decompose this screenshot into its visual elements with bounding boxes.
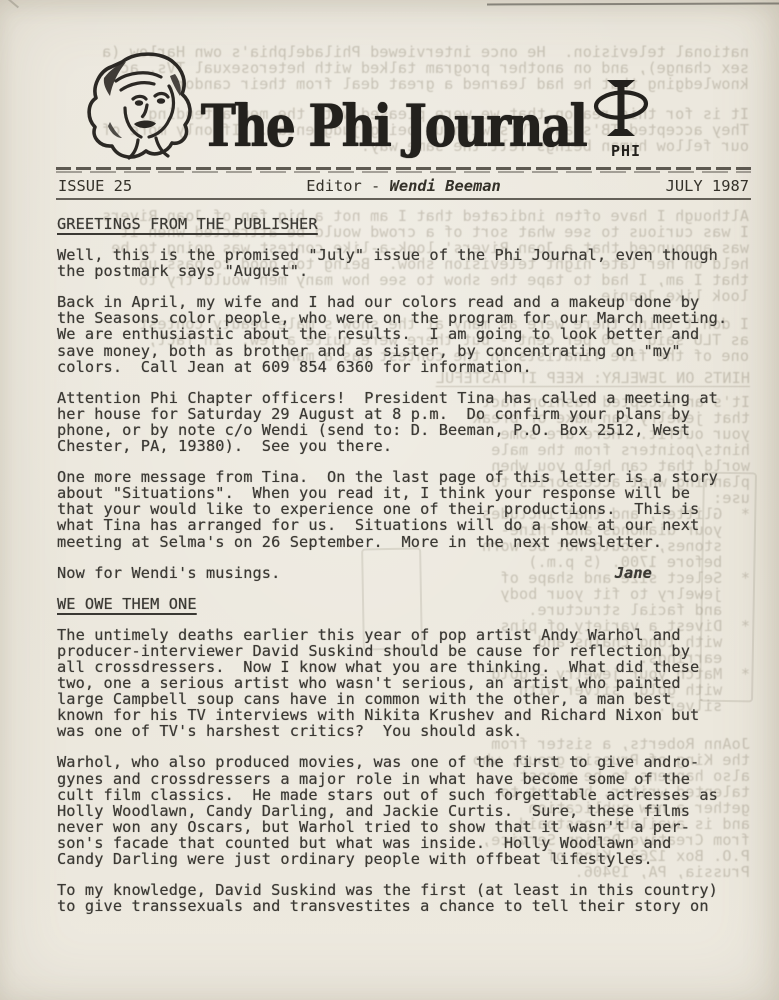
newsletter-page: national television. He once interviewed… <box>0 0 779 1000</box>
phi-label: PHI <box>611 142 641 160</box>
issue-number: ISSUE 25 <box>58 177 261 195</box>
dashed-rule <box>56 167 751 170</box>
paragraph: To my knowledge, David Suskind was the f… <box>57 882 750 914</box>
section-heading-greetings: GREETINGS FROM THE PUBLISHER <box>57 216 750 232</box>
paragraph: One more message from Tina. On the last … <box>57 469 750 549</box>
newsletter-body: GREETINGS FROM THE PUBLISHER Well, this … <box>57 216 750 929</box>
paragraph: The untimely deaths earlier this year of… <box>57 627 750 740</box>
section-heading-we-owe-them-one: WE OWE THEM ONE <box>57 596 750 612</box>
issue-bar: ISSUE 25 Editor - Wendi Beeman JULY 1987 <box>56 167 751 200</box>
editor-credit: Editor - Wendi Beeman <box>261 177 546 195</box>
issue-date: JULY 1987 <box>546 177 749 195</box>
signature-jane: Jane <box>615 565 750 581</box>
paragraph: Warhol, who also produced movies, was on… <box>57 754 750 867</box>
paragraph: Well, this is the promised "July" issue … <box>57 247 750 279</box>
phi-symbol-icon: PHI <box>585 76 653 162</box>
editor-name: Wendi Beeman <box>390 177 501 195</box>
signoff-row: Now for Wendi's musings. Jane <box>57 565 750 581</box>
woman-face-sketch-icon <box>76 48 210 174</box>
paragraph: Back in April, my wife and I had our col… <box>57 294 750 374</box>
journal-title: The Phi Journal <box>233 84 553 168</box>
paragraph: Attention Phi Chapter officers! Presiden… <box>57 390 750 454</box>
signoff-text: Now for Wendi's musings. <box>57 565 280 581</box>
editor-label: Editor - <box>306 177 389 195</box>
issue-row: ISSUE 25 Editor - Wendi Beeman JULY 1987 <box>56 173 751 200</box>
dashed-rule-secondary <box>56 171 751 173</box>
